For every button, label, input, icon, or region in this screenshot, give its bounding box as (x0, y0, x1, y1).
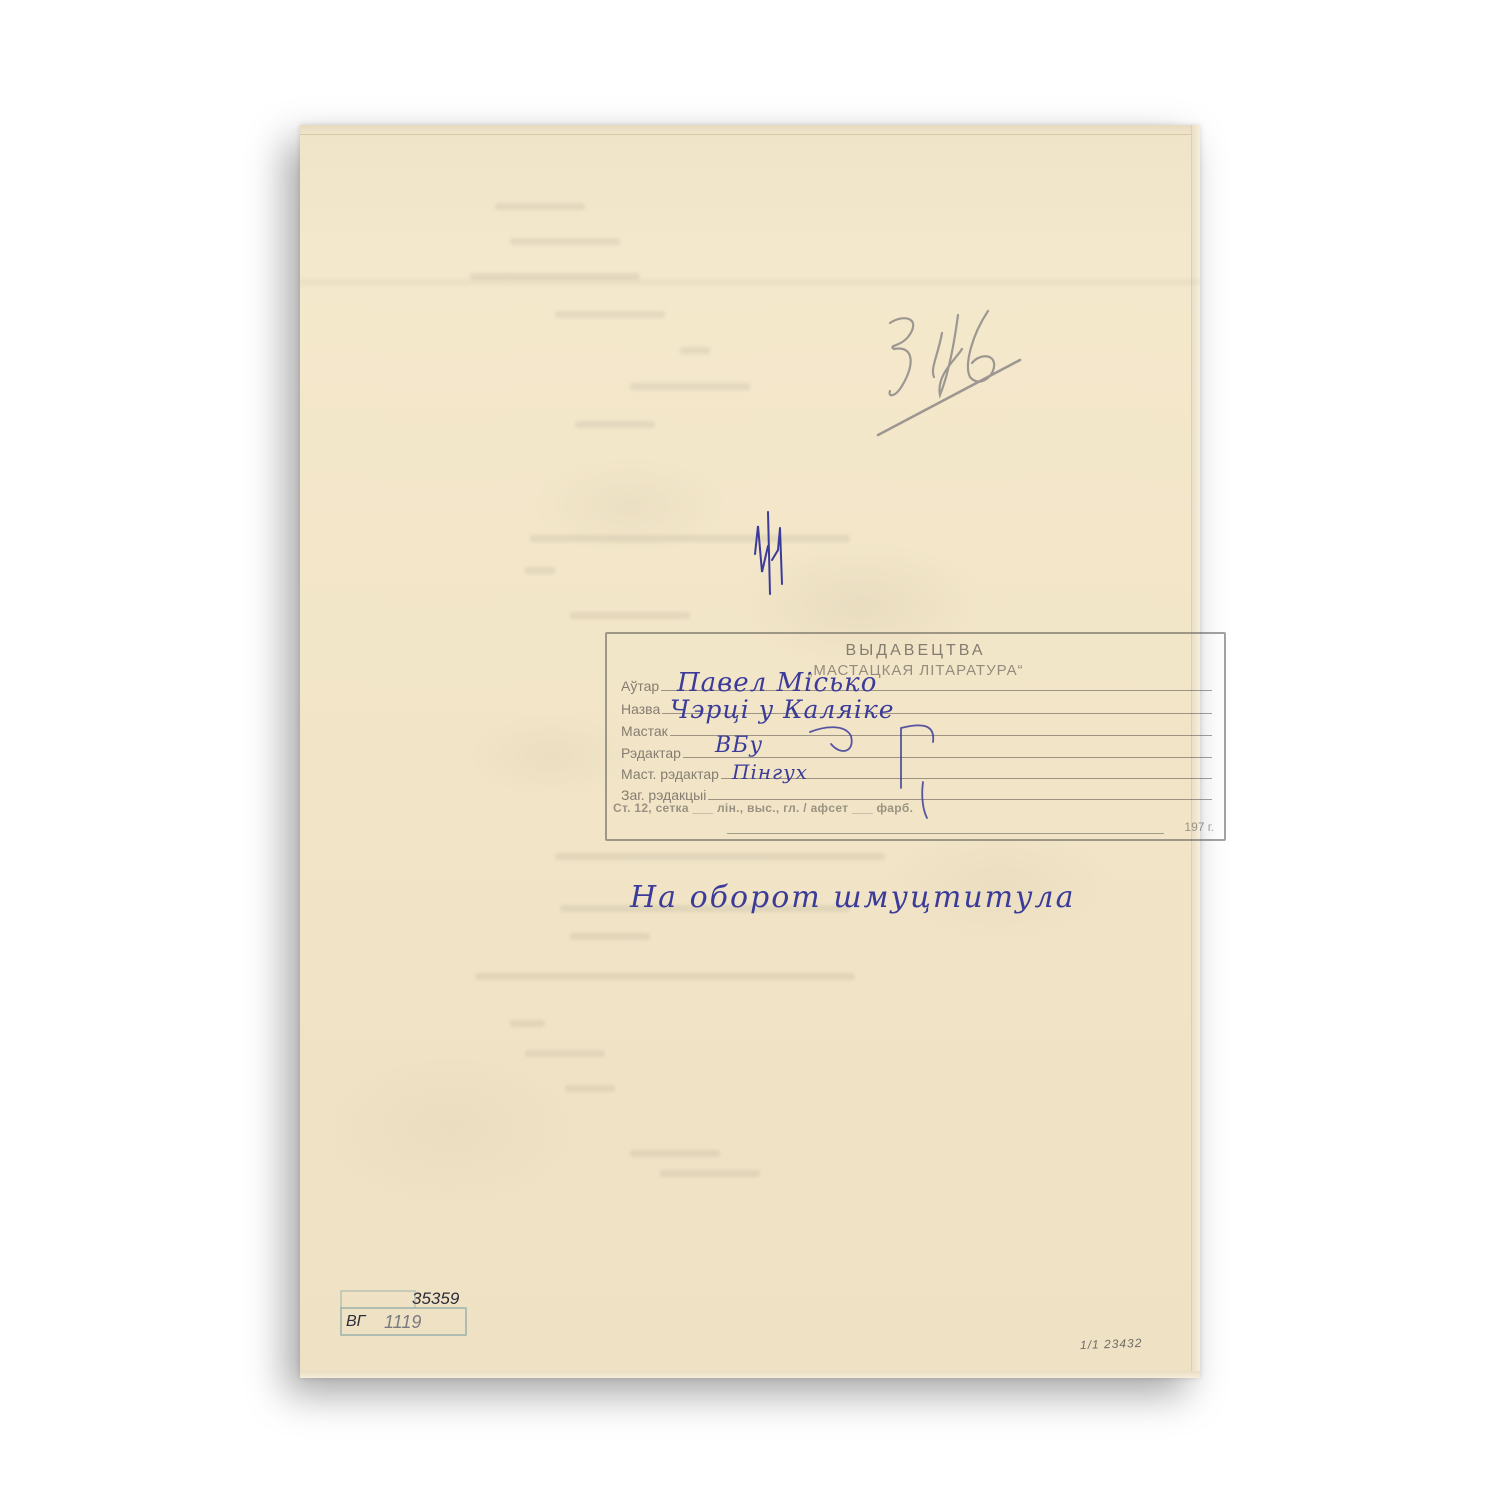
archive-inventory-number: 1119 (384, 1312, 421, 1333)
archive-number: 35359 (412, 1289, 459, 1309)
archive-code: ВГ (346, 1313, 365, 1331)
pencil-annotation (860, 305, 1050, 445)
handwritten-note: На оборот шмуцтитула (630, 880, 1076, 915)
paper-bottom-edge (300, 1371, 1200, 1378)
document-sheet: ВЫДАВЕЦТВА „МАСТАЦКАЯ ЛІТАРАТУРА“ Аўтар … (300, 125, 1200, 1378)
paper-top-edge (300, 125, 1200, 135)
archive-label-tab (340, 1290, 416, 1308)
corner-pencil-note: 1/1 23432 (1080, 1336, 1143, 1352)
paper-fold-line (300, 276, 1200, 288)
initials-mark (730, 510, 810, 600)
ink-signature-strokes (605, 632, 1222, 837)
